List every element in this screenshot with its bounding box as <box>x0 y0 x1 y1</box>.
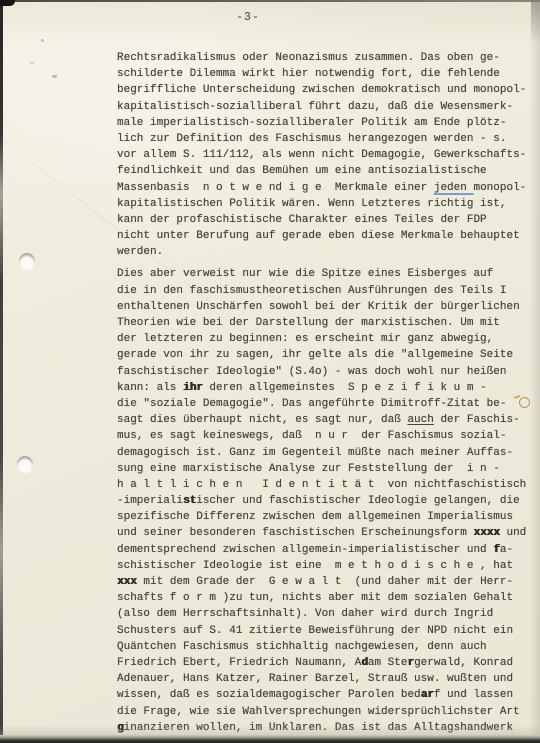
overstruck-text: xxx <box>117 576 137 588</box>
text-line: die Frage, wie sie Wahlversprechungen wi… <box>117 704 532 720</box>
text-line: enthaltenen Unschärfen sowohl bei der Kr… <box>117 299 532 315</box>
text-line: kann: als ihr deren allgemeinstes S p e … <box>117 380 532 396</box>
text-line: vor allem S. 111/112, als wenn nicht Dem… <box>117 147 532 163</box>
text-line: werden. <box>117 244 532 260</box>
paragraph: Rechtsradikalismus oder Neonazismus zusa… <box>117 50 532 260</box>
text-line: dementsprechend zwischen allgemein-imper… <box>117 542 532 558</box>
text-segment: sagt dies überhaupt nicht, es sagt nur, … <box>117 414 407 426</box>
overstruck-text: d <box>361 657 368 669</box>
text-line: faschistischer Ideologie" (S.4o) - was d… <box>117 364 532 380</box>
text-segment: dementsprechend zwischen allgemein-imper… <box>117 544 493 556</box>
text-line: Theorien wie bei der Darstellung der mar… <box>117 315 532 331</box>
text-line: schafts f o r m )zu tun, nichts aber mit… <box>117 590 532 606</box>
text-line: kann der profaschistische Charakter eine… <box>117 212 532 228</box>
text-line: Dies aber verweist nur wie die Spitze ei… <box>117 266 532 282</box>
text-segment: Theorien wie bei der Darstellung der mar… <box>117 317 500 329</box>
text-line: demagogisch ist. Ganz im Gegenteil müßte… <box>117 445 532 461</box>
overstruck-text: ar <box>421 689 434 701</box>
document-text-block: Rechtsradikalismus oder Neonazismus zusa… <box>117 50 532 736</box>
text-segment: Adenauer, Hans Katzer, Rainer Barzel, St… <box>117 673 513 685</box>
text-segment: schistischer Ideologie ist eine m e t h … <box>117 560 513 572</box>
text-line: h a l t l i c h e n I d e n t i t ä t vo… <box>117 477 532 493</box>
text-segment: Quäntchen Faschismus stichhaltig nachgew… <box>117 641 487 653</box>
text-segment: monopol- <box>473 182 526 194</box>
scan-edge-bottom <box>0 735 540 743</box>
overstruck-text: st <box>183 495 196 507</box>
text-line: schistischer Ideologie ist eine m e t h … <box>117 558 532 574</box>
text-line: Friedrich Ebert, Friedrich Naumann, Adam… <box>117 655 532 671</box>
text-line: sung eine marxistische Analyse zur Fests… <box>117 461 532 477</box>
text-segment: wissen, daß es sozialdemagogischer Parol… <box>117 689 421 701</box>
text-line: mus, es sagt keineswegs, daß n u r der F… <box>117 428 532 444</box>
scan-bottom-shadow <box>0 725 540 735</box>
blue-underlined-word: jeden <box>434 182 474 194</box>
text-line: Schusters auf S. 41 zitierte Beweisführu… <box>117 623 532 639</box>
text-segment: faschistischer Ideologie" (S.4o) - was d… <box>117 366 506 378</box>
text-segment: die "soziale Demagogie". Das angeführte … <box>117 398 506 410</box>
text-segment: kann: als <box>117 382 183 394</box>
text-segment: deren allgemeinstes S p e z i f i k u m … <box>203 382 487 394</box>
text-line: lich zur Definition des Faschismus heran… <box>117 131 532 147</box>
text-segment: der letzteren zu beginnen: es erscheint … <box>117 333 493 345</box>
text-line: -imperialistischer und faschistischer Id… <box>117 493 532 509</box>
text-segment: sung eine marxistische Analyse zur Fests… <box>117 463 500 475</box>
text-segment: mus, es sagt keineswegs, daß n u r der F… <box>117 430 506 442</box>
paper-speck <box>30 62 34 64</box>
text-segment: enthaltenen Unschärfen sowohl bei der Kr… <box>117 301 520 313</box>
text-segment: f und lassen <box>434 689 513 701</box>
text-line: der letzteren zu beginnen: es erscheint … <box>117 331 532 347</box>
text-segment: kapitalistisch-sozialliberal führt dazu,… <box>117 101 513 113</box>
text-segment: mit dem Grade der G e w a l t (und daher… <box>137 576 513 588</box>
text-segment: spezifische Differenz zwischen dem allge… <box>117 511 513 523</box>
text-line: und seiner besonderen faschistischen Ers… <box>117 525 532 541</box>
text-line: (also dem Herrschaftsinhalt). Von daher … <box>117 606 532 622</box>
text-line: Massenbasis n o t w e nd i g e Merkmale … <box>117 180 532 196</box>
text-line: begriffliche Unterscheidung zwischen dem… <box>117 82 532 98</box>
text-segment: -imperiali <box>117 495 183 507</box>
text-segment: die Frage, wie sie Wahlversprechungen wi… <box>117 706 520 718</box>
hole-punch-bottom <box>17 456 33 472</box>
hole-punch-top <box>19 253 35 269</box>
text-segment: Friedrich Ebert, Friedrich Naumann, A <box>117 657 361 669</box>
text-segment: die in den faschismustheoretischen Ausfü… <box>117 285 506 297</box>
text-segment: lich zur Definition des Faschismus heran… <box>117 133 506 145</box>
text-segment: h a l t l i c h e n I d e n t i t ä t vo… <box>117 479 526 491</box>
text-segment: (also dem Herrschaftsinhalt). Von daher … <box>117 608 493 620</box>
text-line: die "soziale Demagogie". Das angeführte … <box>117 396 532 412</box>
text-line: kapitalistischen Politik wären. Wenn Let… <box>117 196 532 212</box>
text-line: kapitalistisch-sozialliberal führt dazu,… <box>117 99 532 115</box>
text-segment: kann der profaschistische Charakter eine… <box>117 214 487 226</box>
text-segment: vor allem S. 111/112, als wenn nicht Dem… <box>117 149 526 161</box>
text-segment: Rechtsradikalismus oder Neonazismus zusa… <box>117 52 500 64</box>
scan-edge-right <box>529 0 540 743</box>
text-segment: Schusters auf S. 41 zitierte Beweisführu… <box>117 625 513 637</box>
text-line: schilderte Dilemma wirkt hier notwendig … <box>117 66 532 82</box>
text-segment: und seiner besonderen faschistischen Ers… <box>117 527 473 539</box>
text-line: Adenauer, Hans Katzer, Rainer Barzel, St… <box>117 671 532 687</box>
text-segment: nicht unter Berufung auf gerade eben die… <box>117 230 520 242</box>
text-segment: demagogisch ist. Ganz im Gegenteil müßte… <box>117 447 513 459</box>
text-line: sagt dies überhaupt nicht, es sagt nur, … <box>117 412 532 428</box>
text-segment: gerwald, Konrad <box>414 657 513 669</box>
underlined-word: auch <box>407 414 433 426</box>
overstruck-text: xxxx <box>473 527 499 539</box>
page-number: -3- <box>224 11 272 24</box>
text-segment: schilderte Dilemma wirkt hier notwendig … <box>117 68 500 80</box>
text-line: gerade von ihr zu sagen, ihr gelte als d… <box>117 347 532 363</box>
text-segment: Dies aber verweist nur wie die Spitze ei… <box>117 268 493 280</box>
paper-speck <box>41 39 44 42</box>
text-line: spezifische Differenz zwischen dem allge… <box>117 509 532 525</box>
text-segment: am Ste <box>368 657 408 669</box>
scan-edge-top <box>0 0 540 2</box>
text-line: die in den faschismustheoretischen Ausfü… <box>117 283 532 299</box>
scan-edge-left <box>0 0 3 743</box>
scanned-document-page: -3- Rechtsradikalismus oder Neonazismus … <box>0 0 540 743</box>
text-line: Rechtsradikalismus oder Neonazismus zusa… <box>117 50 532 66</box>
text-line: Quäntchen Faschismus stichhaltig nachgew… <box>117 639 532 655</box>
text-line: male imperialistisch-sozialliberaler Pol… <box>117 115 532 131</box>
text-segment: und <box>500 527 526 539</box>
text-line: feindlichkeit und das Bemühen um eine an… <box>117 163 532 179</box>
text-segment: a- <box>500 544 513 556</box>
text-segment: Massenbasis n o t w e nd i g e Merkmale … <box>117 182 434 194</box>
text-segment: male imperialistisch-sozialliberaler Pol… <box>117 117 506 129</box>
text-segment: begriffliche Unterscheidung zwischen dem… <box>117 84 526 96</box>
text-segment: feindlichkeit und das Bemühen um eine an… <box>117 165 487 177</box>
text-line: nicht unter Berufung auf gerade eben die… <box>117 228 532 244</box>
paper-speck <box>52 75 57 78</box>
text-line: xxx mit dem Grade der G e w a l t (und d… <box>117 574 532 590</box>
text-segment: werden. <box>117 246 163 258</box>
overstruck-text: ihr <box>183 382 203 394</box>
text-segment: der Faschis- <box>434 414 520 426</box>
text-line: wissen, daß es sozialdemagogischer Parol… <box>117 687 532 703</box>
paragraph: Dies aber verweist nur wie die Spitze ei… <box>117 266 532 735</box>
text-segment: ischer und faschistischer Ideologie gela… <box>196 495 519 507</box>
overstruck-text: f <box>493 544 500 556</box>
text-segment: gerade von ihr zu sagen, ihr gelte als d… <box>117 349 513 361</box>
text-segment: schafts f o r m )zu tun, nichts aber mit… <box>117 592 513 604</box>
text-segment: kapitalistischen Politik wären. Wenn Let… <box>117 198 506 210</box>
